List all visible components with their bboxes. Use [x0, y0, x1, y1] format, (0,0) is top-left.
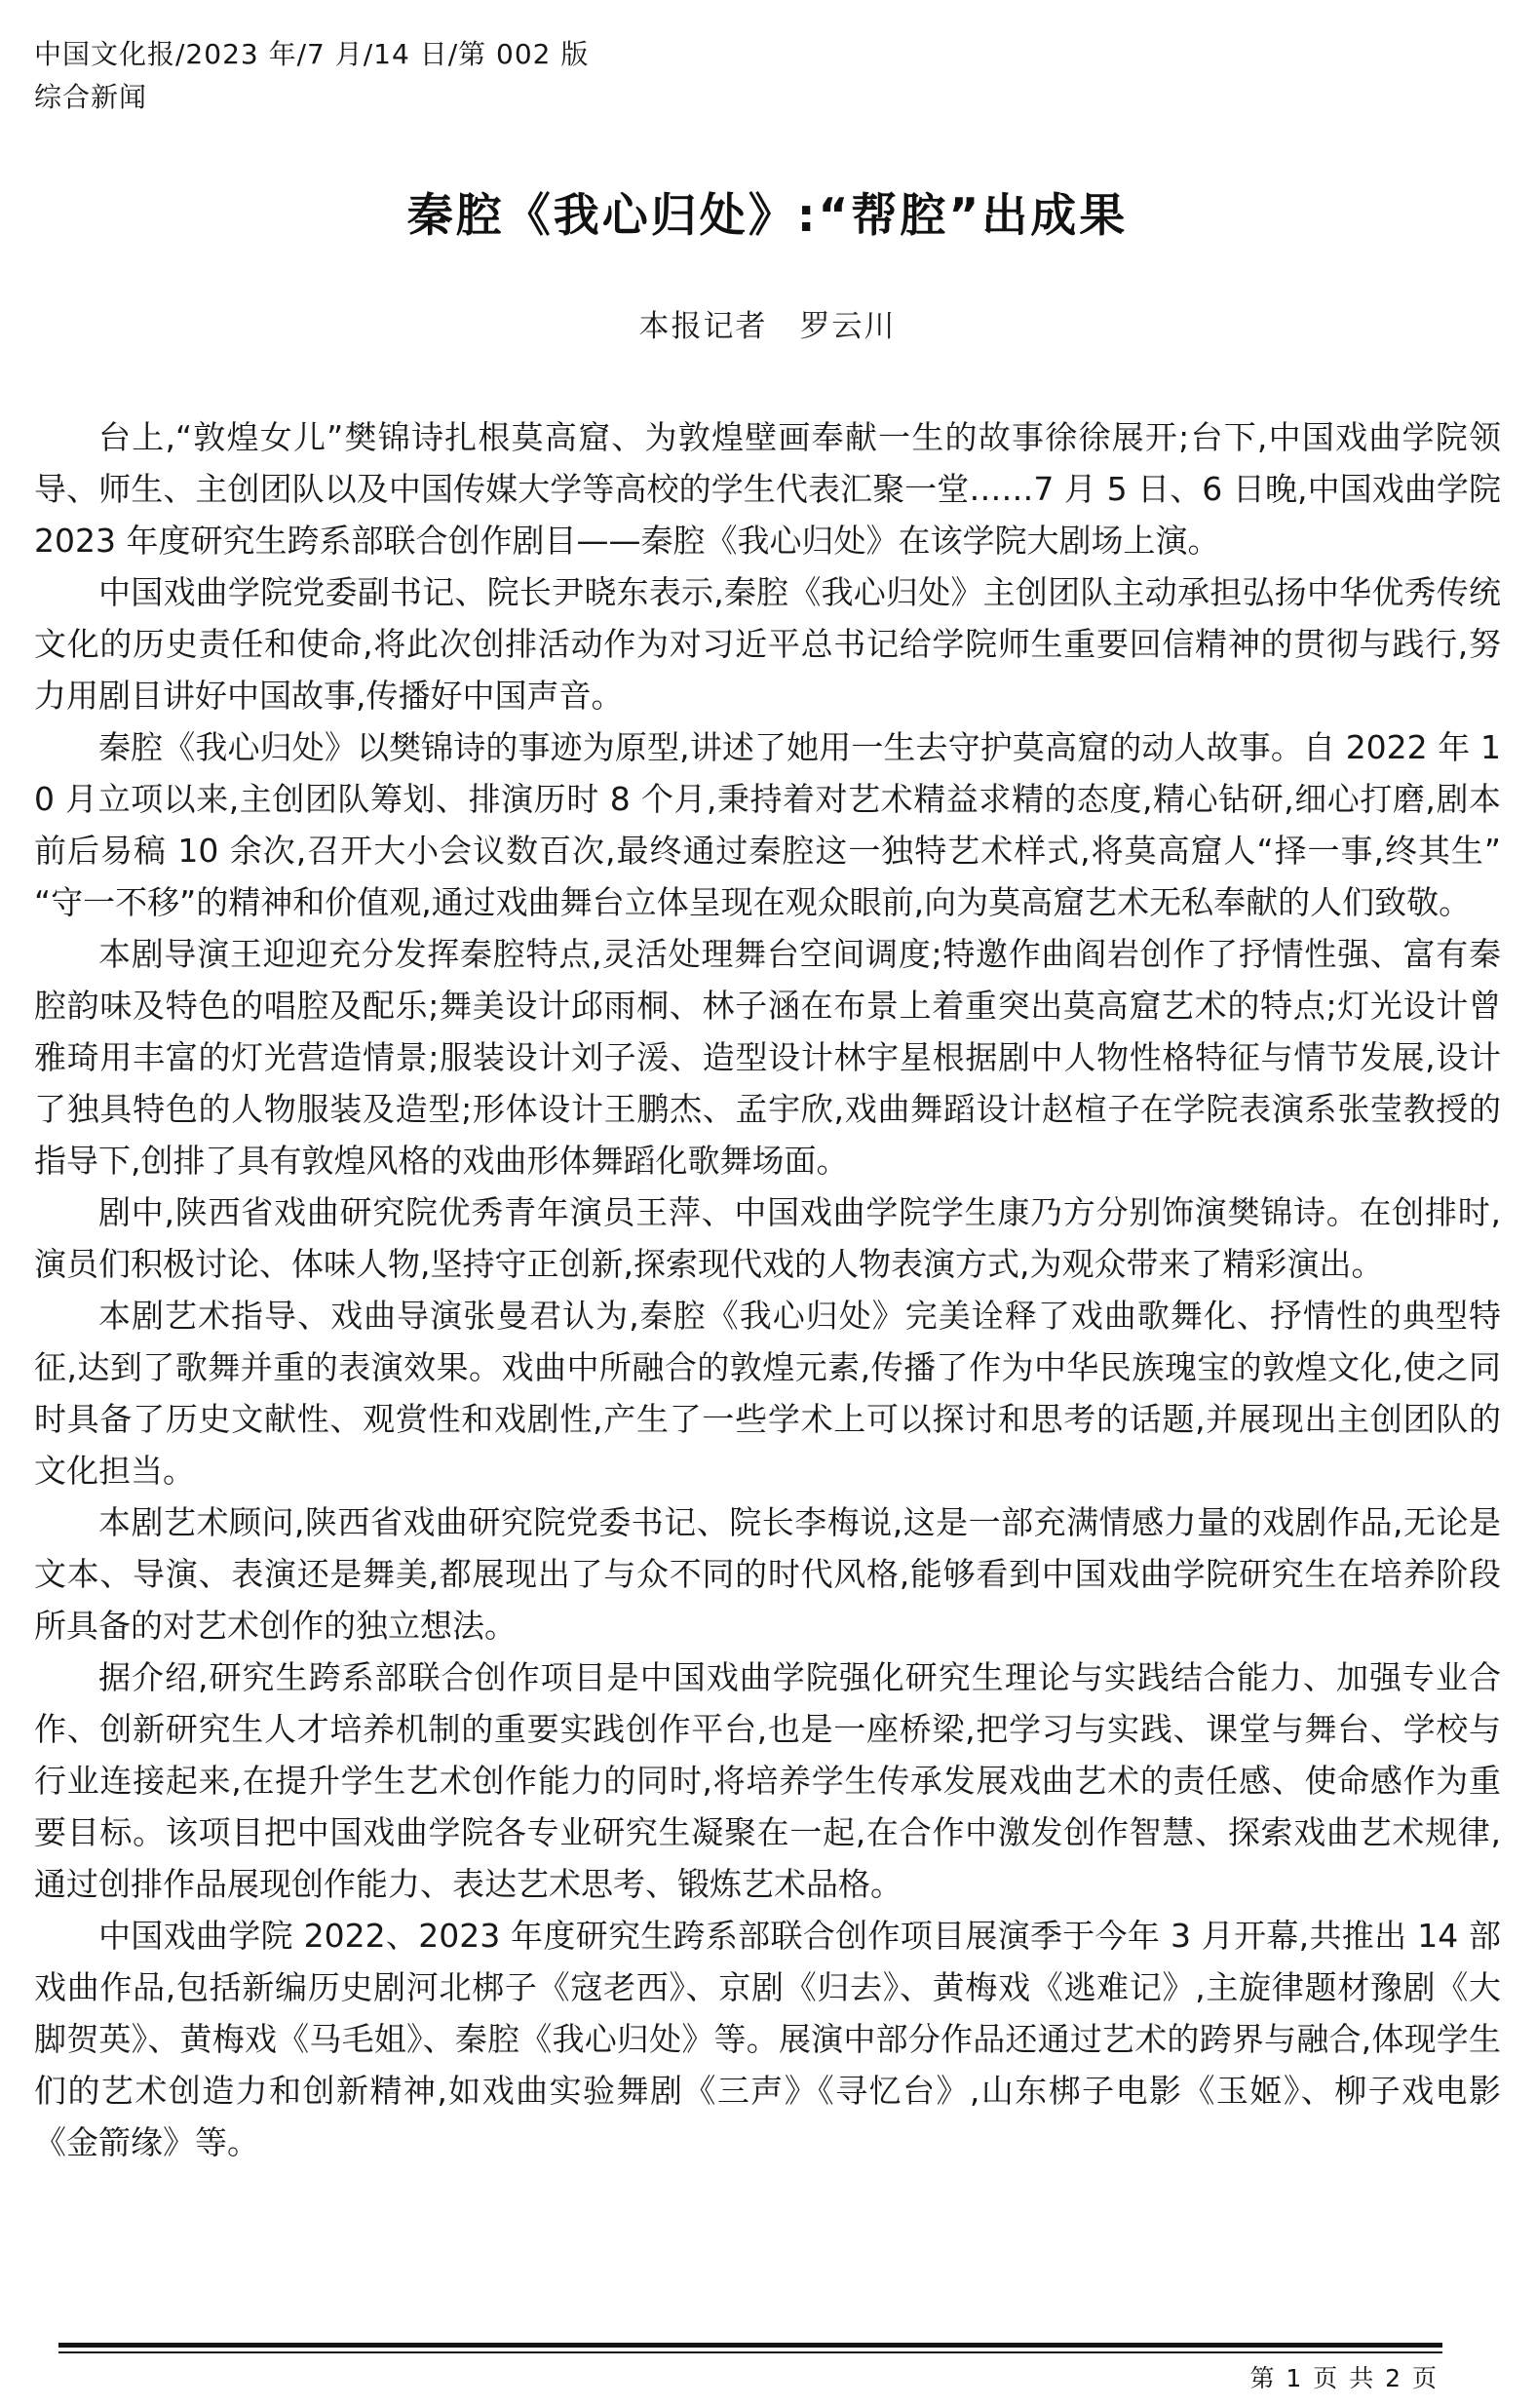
- masthead-source-line: 中国文化报/2023 年/7 月/14 日/第 002 版: [34, 33, 1501, 76]
- paragraph: 秦腔《我心归处》以樊锦诗的事迹为原型,讲述了她用一生去守护莫高窟的动人故事。自 …: [34, 721, 1501, 928]
- article-body: 台上,“敦煌女儿”樊锦诗扎根莫高窟、为敦煌壁画奉献一生的故事徐徐展开;台下,中国…: [34, 411, 1501, 2168]
- paragraph: 中国戏曲学院党委副书记、院长尹晓东表示,秦腔《我心归处》主创团队主动承担弘扬中华…: [34, 566, 1501, 721]
- masthead: 中国文化报/2023 年/7 月/14 日/第 002 版 综合新闻: [34, 33, 1501, 119]
- article-byline: 本报记者 罗云川: [34, 301, 1501, 345]
- article-title: 秦腔《我心归处》:“帮腔”出成果: [34, 179, 1501, 245]
- paragraph: 本剧艺术指导、戏曲导演张曼君认为,秦腔《我心归处》完美诠释了戏曲歌舞化、抒情性的…: [34, 1290, 1501, 1496]
- paragraph: 剧中,陕西省戏曲研究院优秀青年演员王萍、中国戏曲学院学生康乃方分别饰演樊锦诗。在…: [34, 1186, 1501, 1290]
- footer-divider: [58, 2343, 1442, 2353]
- paragraph: 本剧艺术顾问,陕西省戏曲研究院党委书记、院长李梅说,这是一部充满情感力量的戏剧作…: [34, 1496, 1501, 1651]
- paragraph: 本剧导演王迎迎充分发挥秦腔特点,灵活处理舞台空间调度;特邀作曲阎岩创作了抒情性强…: [34, 928, 1501, 1186]
- paragraph: 台上,“敦煌女儿”樊锦诗扎根莫高窟、为敦煌壁画奉献一生的故事徐徐展开;台下,中国…: [34, 411, 1501, 566]
- paragraph: 据介绍,研究生跨系部联合创作项目是中国戏曲学院强化研究生理论与实践结合能力、加强…: [34, 1651, 1501, 1910]
- newspaper-page: 中国文化报/2023 年/7 月/14 日/第 002 版 综合新闻 秦腔《我心…: [0, 0, 1536, 2408]
- page-number: 第 1 页 共 2 页: [1249, 2359, 1439, 2394]
- masthead-section-line: 综合新闻: [34, 76, 1501, 119]
- paragraph: 中国戏曲学院 2022、2023 年度研究生跨系部联合创作项目展演季于今年 3 …: [34, 1910, 1501, 2168]
